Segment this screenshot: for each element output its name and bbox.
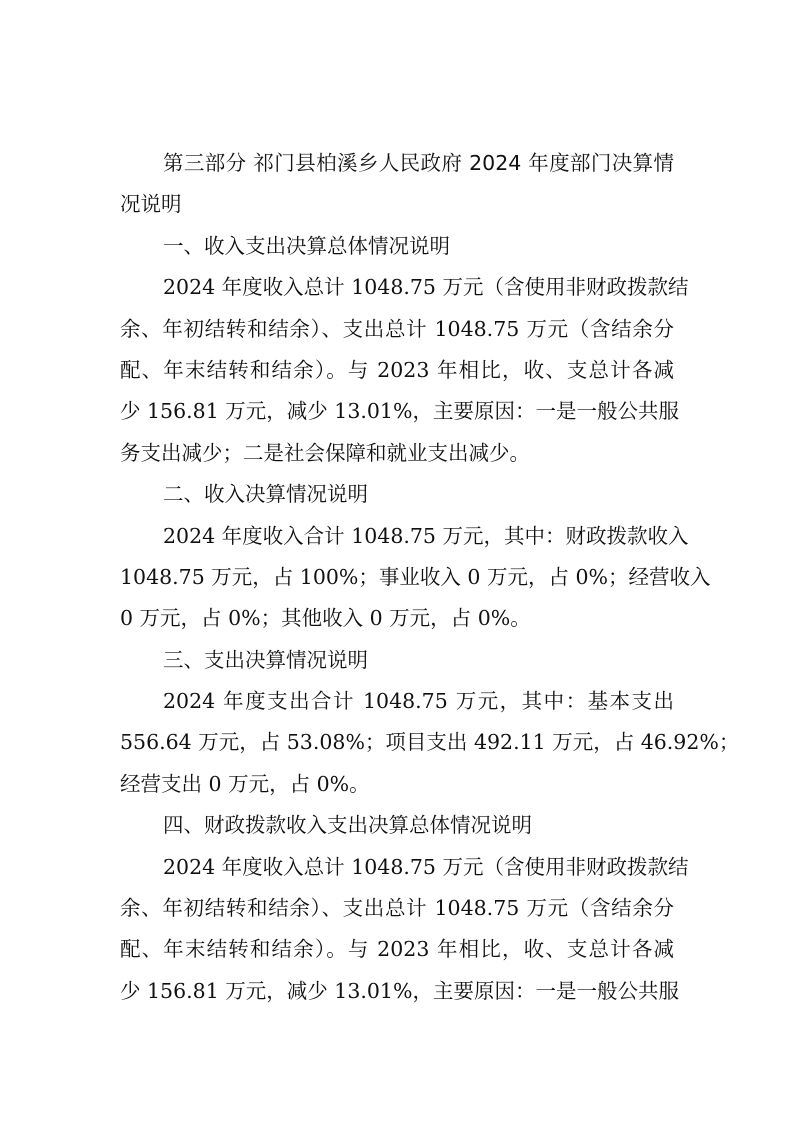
section-2-heading: 二、收入决算情况说明 bbox=[120, 474, 674, 515]
document-title-line-2: 况说明 bbox=[120, 184, 674, 225]
section-3-line-2: 556.64 万元，占 53.08%；项目支出 492.11 万元，占 46.9… bbox=[120, 722, 674, 763]
section-1-line-3: 配、年末结转和结余）。与 2023 年相比，收、支总计各减 bbox=[120, 350, 674, 391]
section-1-line-2: 余、年初结转和结余）、支出总计 1048.75 万元（含结余分 bbox=[120, 309, 674, 350]
section-1-line-4: 少 156.81 万元，减少 13.01%，主要原因：一是一般公共服 bbox=[120, 391, 674, 432]
section-3-line-3: 经营支出 0 万元，占 0%。 bbox=[120, 764, 674, 805]
section-2-line-1: 2024 年度收入合计 1048.75 万元，其中：财政拨款收入 bbox=[120, 516, 674, 557]
section-4-line-2: 余、年初结转和结余）、支出总计 1048.75 万元（含结余分 bbox=[120, 888, 674, 929]
section-3-line-1: 2024 年度支出合计 1048.75 万元，其中：基本支出 bbox=[120, 681, 674, 722]
section-1-heading: 一、收入支出决算总体情况说明 bbox=[120, 226, 674, 267]
section-2-line-2: 1048.75 万元，占 100%；事业收入 0 万元，占 0%；经营收入 bbox=[120, 557, 674, 598]
section-4-heading: 四、财政拨款收入支出决算总体情况说明 bbox=[120, 805, 674, 846]
section-1-line-5: 务支出减少；二是社会保障和就业支出减少。 bbox=[120, 433, 674, 474]
section-4-line-4: 少 156.81 万元，减少 13.01%，主要原因：一是一般公共服 bbox=[120, 971, 674, 1012]
section-1-line-1: 2024 年度收入总计 1048.75 万元（含使用非财政拨款结 bbox=[120, 267, 674, 308]
section-3-heading: 三、支出决算情况说明 bbox=[120, 640, 674, 681]
section-2-line-3: 0 万元，占 0%；其他收入 0 万元，占 0%。 bbox=[120, 598, 674, 639]
document-title-line-1: 第三部分 祁门县柏溪乡人民政府 2024 年度部门决算情 bbox=[120, 143, 674, 184]
document-page: 第三部分 祁门县柏溪乡人民政府 2024 年度部门决算情 况说明 一、收入支出决… bbox=[120, 143, 674, 1012]
section-4-line-1: 2024 年度收入总计 1048.75 万元（含使用非财政拨款结 bbox=[120, 847, 674, 888]
section-4-line-3: 配、年末结转和结余）。与 2023 年相比，收、支总计各减 bbox=[120, 929, 674, 970]
